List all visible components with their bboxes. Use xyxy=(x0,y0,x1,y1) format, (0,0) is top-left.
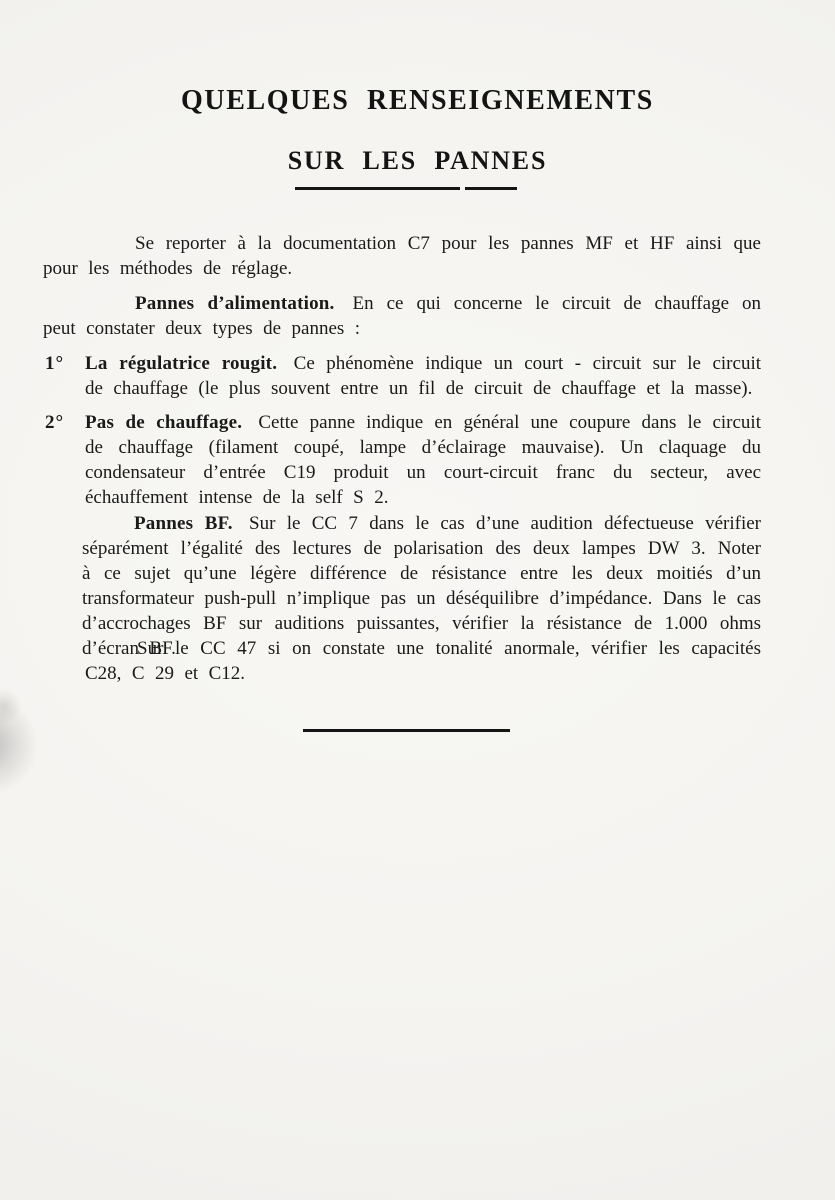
closing-paragraph: Sur le CC 47 si on constate une tonalité… xyxy=(85,636,761,686)
bottom-divider xyxy=(303,729,510,732)
list-item-2-number: 2° xyxy=(45,410,64,435)
title-divider xyxy=(295,187,517,190)
title-divider-short-segment xyxy=(465,187,517,190)
list-item-1: 1° La régulatrice rougit. Ce phénomène i… xyxy=(85,351,761,401)
list-item-2: 2° Pas de chauffage. Cette panne indique… xyxy=(85,410,761,510)
scanned-document-page: QUELQUES RENSEIGNEMENTS SUR LES PANNES S… xyxy=(0,0,835,1200)
section-alimentation: Pannes d’alimentation. En ce qui concern… xyxy=(43,291,761,341)
intro-paragraph: Se reporter à la documentation C7 pour l… xyxy=(43,231,761,281)
list-item-2-heading: Pas de chauffage. xyxy=(85,412,242,433)
list-item-1-heading: La régulatrice rougit. xyxy=(85,353,277,374)
bf-heading: Pannes BF. xyxy=(134,513,233,534)
page-title-line2: SUR LES PANNES xyxy=(0,146,835,176)
title-divider-long-segment xyxy=(295,187,460,190)
list-item-1-number: 1° xyxy=(45,351,64,376)
page-title-line1: QUELQUES RENSEIGNEMENTS xyxy=(0,85,835,117)
alimentation-heading: Pannes d’alimentation. xyxy=(135,293,335,314)
